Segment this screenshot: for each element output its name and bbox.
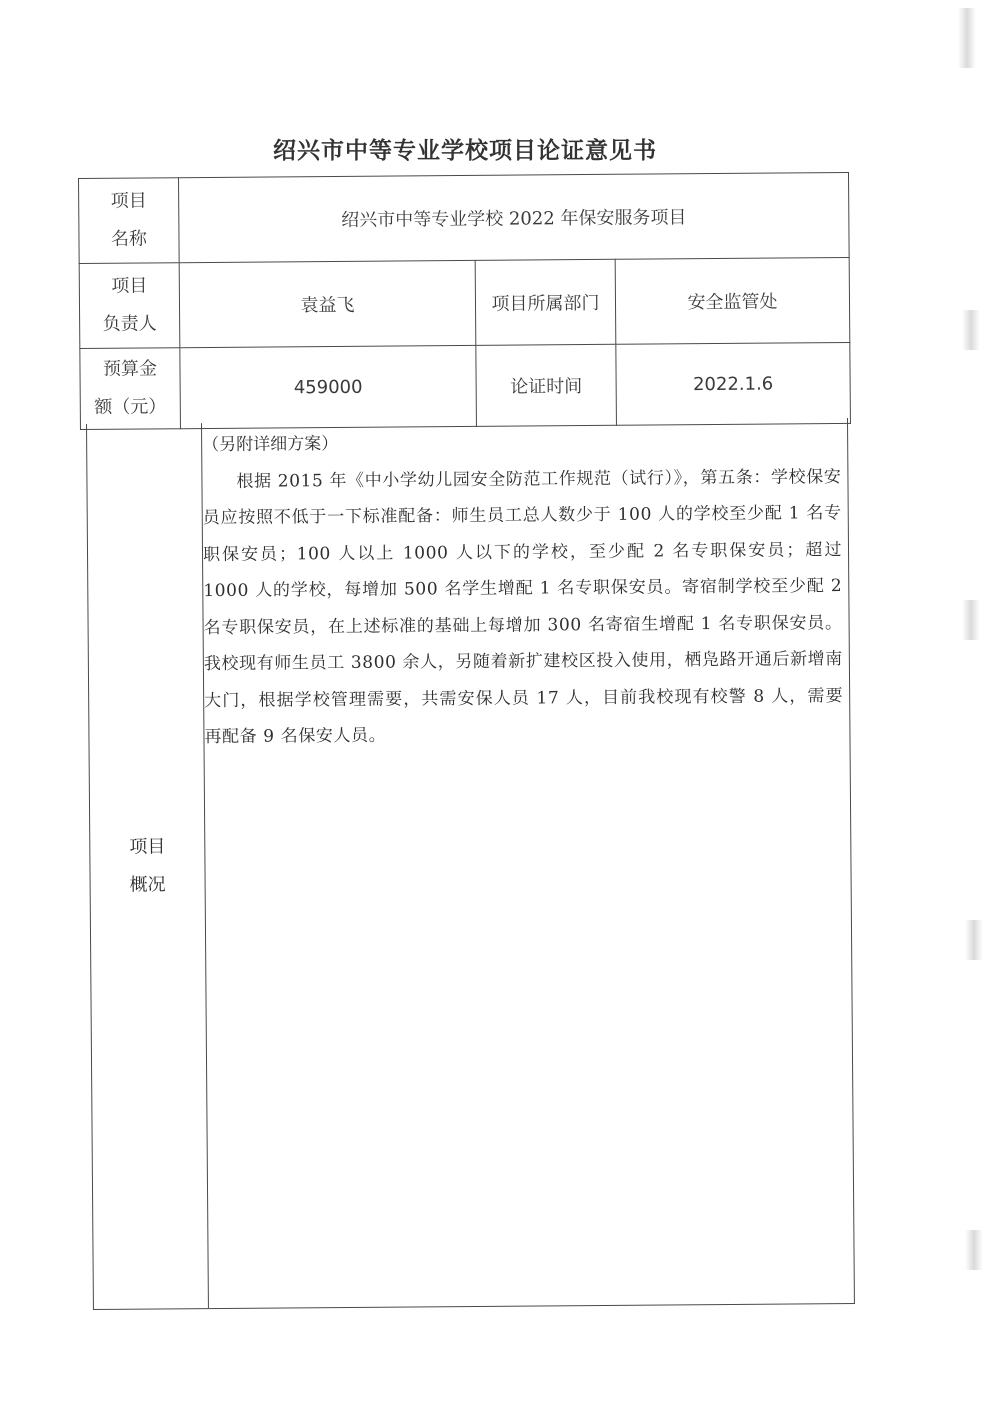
row-leader-department: 项目 负责人 袁益飞 项目所属部门 安全监管处 — [79, 257, 850, 348]
project-name-value: 绍兴市中等专业学校 2022 年保安服务项目 — [179, 172, 850, 262]
scan-artifact — [962, 600, 980, 640]
row-project-name: 项目 名称 绍兴市中等专业学校 2022 年保安服务项目 — [79, 172, 850, 263]
scan-artifact — [958, 8, 976, 68]
department-label: 项目所属部门 — [475, 259, 616, 345]
project-leader-value: 袁益飞 — [179, 260, 476, 347]
scan-artifact — [965, 920, 983, 960]
overview-label-text: 项目 概况 — [90, 828, 205, 905]
project-form-table: 项目 名称 绍兴市中等专业学校 2022 年保安服务项目 项目 负责人 袁益飞 … — [78, 172, 850, 430]
overview-label: 项目 概况 — [87, 423, 209, 1309]
label-line: 项目 — [79, 182, 178, 221]
scan-artifact — [965, 1230, 983, 1270]
review-date-value: 2022.1.6 — [616, 342, 851, 425]
review-date-label: 论证时间 — [476, 344, 617, 426]
label-line: 预算金 — [80, 350, 179, 389]
label-line: 概况 — [90, 866, 204, 905]
label-line: 项目 — [90, 828, 204, 867]
overview-note: （另附详细方案） — [202, 422, 841, 464]
project-overview-section: 项目 概况 （另附详细方案） 根据 2015 年《中小学幼儿园安全防范工作规范（… — [86, 418, 855, 1310]
budget-label: 预算金 额（元） — [80, 348, 181, 430]
document-title: 绍兴市中等专业学校项目论证意见书 — [0, 132, 930, 165]
label-line: 负责人 — [80, 305, 179, 344]
label-line: 额（元） — [81, 388, 180, 427]
budget-value: 459000 — [180, 345, 477, 428]
project-name-label: 项目 名称 — [79, 178, 180, 264]
department-value: 安全监管处 — [615, 257, 850, 344]
overview-content: （另附详细方案） 根据 2015 年《中小学幼儿园安全防范工作规范（试行）》，第… — [202, 418, 850, 756]
label-line: 名称 — [79, 220, 178, 259]
scan-artifact — [962, 310, 980, 350]
label-line: 项目 — [80, 267, 179, 306]
row-budget-date: 预算金 额（元） 459000 论证时间 2022.1.6 — [80, 342, 851, 429]
project-leader-label: 项目 负责人 — [79, 263, 180, 349]
overview-paragraph: 根据 2015 年《中小学幼儿园安全防范工作规范（试行）》，第五条：学校保安员应… — [202, 459, 843, 756]
